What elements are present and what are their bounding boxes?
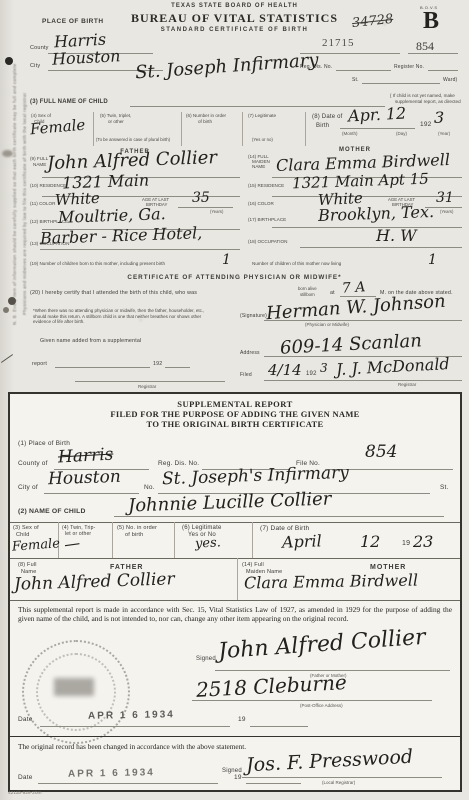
report-label: report: [32, 361, 47, 367]
twin-label: (5) Twin, triplet,: [100, 113, 131, 118]
parent-address: 2518 Cleburne: [195, 670, 347, 702]
report-year-printed: 192: [153, 361, 162, 367]
supp-sex-label: Child: [16, 532, 30, 538]
rule: [242, 777, 442, 778]
rule: [165, 367, 190, 368]
month-caption: (Month): [342, 131, 358, 136]
rule: [408, 53, 458, 54]
rule: [246, 783, 301, 784]
signature-label: (Signature): [240, 313, 267, 319]
twin-label: or other: [108, 119, 124, 124]
father-occupation-value: Barber - Rice Hotel,: [40, 223, 203, 248]
parent-signature: John Alfred Collier: [217, 625, 426, 664]
section-divider: [10, 736, 460, 737]
mother-birthplace-value: Brooklyn, Tex.: [318, 202, 435, 225]
hospital-value: St. Joseph Infirmary: [134, 50, 319, 84]
cell-divider: [93, 112, 94, 146]
dob-value: Apr. 12: [348, 103, 407, 125]
address-value: 609-14 Scanlan: [280, 330, 423, 358]
supp-title: SUPPLEMENTAL REPORT: [10, 399, 460, 409]
sex-label: (4) Sex of: [31, 113, 51, 118]
supp-dob-month: April: [282, 531, 322, 551]
registrar-signature: J. J. McDonald: [336, 354, 451, 379]
supp-dob-day: 12: [360, 532, 380, 551]
ink-speck: [5, 57, 13, 65]
supp-father-name-label: (8) Full: [18, 562, 37, 568]
at-label: at: [330, 290, 335, 296]
county-label: County: [30, 45, 49, 51]
dob-label: Birth: [316, 123, 329, 129]
supp-date-label: Date: [18, 716, 33, 723]
yes-no-note: (Yes or no): [252, 137, 273, 142]
cell-divider: [181, 112, 182, 146]
ink-speck: [8, 297, 16, 305]
dob-label: (8) Date of: [312, 114, 343, 120]
rule: [10, 522, 460, 523]
supp-city-label: City of: [18, 484, 38, 491]
cell-divider: [174, 522, 175, 558]
margin-vertical-text: N. B. Every item of information should b…: [12, 45, 17, 325]
footnote-text: *When there was no attending physician o…: [33, 308, 213, 325]
rule: [264, 380, 462, 381]
born-alive-option: born alive: [298, 286, 317, 291]
supp-father-value: John Alfred Collier: [14, 569, 175, 595]
rule: [44, 493, 139, 494]
supp-legitimate-label: (6) Legitimate: [182, 525, 221, 531]
supp-date2-label: Date: [18, 774, 33, 781]
filed-year-value: 3: [320, 361, 328, 375]
supp-signed-label: Signed: [196, 656, 216, 662]
rule: [300, 247, 462, 248]
supp-no-label: No.: [144, 484, 155, 491]
rule: [362, 83, 440, 84]
supp-dob-label: (7) Date of Birth: [260, 525, 309, 532]
cell-divider: [237, 558, 238, 600]
filed-date-value: 4/14: [268, 361, 302, 379]
mother-residence-label: (15) RESIDENCE: [248, 183, 284, 188]
register-number-value: 854: [416, 39, 434, 54]
father-name-value: John Alfred Collier: [47, 147, 218, 174]
father-birthplace-value: Moultrie, Ga.: [58, 204, 166, 227]
cell-divider: [252, 522, 253, 558]
supp-city-value: Houston: [48, 467, 121, 490]
legitimate-label: (7) Legitimate: [248, 113, 276, 118]
rule: [178, 207, 233, 208]
father-name-label: (9) FULL: [30, 156, 48, 161]
b-stamp-letter: B: [423, 8, 439, 35]
register-no-label: Register No.: [394, 64, 424, 70]
children-living-value: 1: [428, 252, 437, 268]
rule: [192, 700, 432, 701]
scanned-birth-certificate: N. B. Every item of information should b…: [0, 0, 469, 800]
form-number: 4211b-929-20m: [8, 791, 42, 796]
supp-st-label: St.: [440, 484, 449, 491]
ink-speck: [3, 307, 9, 313]
supp-place-label: (1) Place of Birth: [18, 440, 70, 447]
supp-dob-year-printed: 19: [402, 540, 410, 547]
supp-file-no-value: 854: [365, 442, 397, 462]
rule: [428, 70, 458, 71]
supp-sex-value: Female: [12, 536, 61, 554]
date-stamp-2: APR 1 6 1934: [68, 767, 155, 780]
rule: [38, 783, 218, 784]
supp-order-label: (5) No. in order: [117, 525, 157, 531]
stillborn-option: stillborn: [300, 292, 315, 297]
dob-year-printed: 192: [420, 121, 431, 128]
supp-mother-value: Clara Emma Birdwell: [244, 570, 418, 592]
supp-year2-printed: 19: [234, 774, 242, 781]
supp-child-label: (2) NAME OF CHILD: [18, 508, 86, 515]
city-value: Houston: [52, 46, 121, 69]
filed-label: Filed: [240, 372, 252, 378]
supp-reg-dis-label: Reg. Dis. No.: [158, 460, 199, 467]
file-number: 21715: [322, 37, 355, 49]
city-label: City: [30, 63, 40, 69]
order-label: of birth: [198, 119, 212, 124]
father-color-label: (11) COLOR: [30, 201, 55, 206]
smudge: [2, 150, 13, 157]
supp-county-label: County of: [18, 460, 48, 467]
left-registrar-caption: Registrar: [138, 384, 156, 389]
children-living-label: Number of children of this mother now li…: [252, 261, 341, 266]
physician-caption: (Physician or Midwife): [305, 322, 349, 327]
certify-text: (20) I hereby certify that I attended th…: [30, 290, 197, 296]
supp-dob-year: 23: [413, 532, 433, 551]
address-caption: (Post-Office Address): [300, 703, 343, 708]
cell-divider: [305, 112, 306, 146]
rule: [40, 726, 230, 727]
supplemental-report-box: SUPPLEMENTAL REPORT FILED FOR THE PURPOS…: [8, 392, 462, 792]
not-named-note: { If child is not yet named, make: [390, 93, 455, 98]
rule: [40, 249, 240, 250]
registrar-caption: Registrar: [398, 382, 416, 387]
seal-smudge: [54, 678, 94, 696]
dob-year-value: 3: [434, 108, 444, 127]
supp-order-label: of birth: [125, 532, 143, 538]
local-registrar-signature: Jos. F. Presswood: [246, 746, 414, 777]
rule: [272, 196, 462, 197]
rule: [340, 128, 415, 129]
years-caption: (Years): [440, 209, 453, 214]
cell-divider: [112, 522, 113, 558]
date-stamp: APR 1 6 1934: [88, 709, 175, 722]
local-registrar-caption: (Local Registrar): [322, 780, 355, 785]
changed-statement: The original record has been changed in …: [18, 742, 246, 751]
ward-label: Ward): [443, 77, 457, 83]
mother-color-label: (16) COLOR: [248, 201, 274, 206]
bureau-header: BUREAU OF VITAL STATISTICS: [0, 11, 469, 26]
supp-mother-name-label: (14) Full: [242, 562, 264, 568]
children-born-label: (19) Number of children born to this mot…: [30, 261, 165, 266]
mother-occupation-label: (18) OCCUPATION: [248, 239, 287, 244]
mother-birthplace-label: (17) BIRTHPLACE: [248, 217, 286, 222]
supp-twin-value: —: [63, 533, 81, 554]
mother-age-value: 31: [436, 190, 454, 206]
rule: [250, 726, 308, 727]
rule: [114, 516, 444, 517]
full-name-of-child-label: (3) FULL NAME OF CHILD: [30, 99, 108, 105]
mother-occupation-value: H. W: [376, 226, 417, 245]
supp-year-printed: 19: [238, 716, 246, 723]
order-label: (6) Number in order: [186, 113, 226, 118]
supp-county-value: Harris: [58, 445, 114, 468]
rule: [272, 227, 462, 228]
supp-title: FILED FOR THE PURPOSE OF ADDING THE GIVE…: [10, 409, 460, 419]
mother-name-label: NAME: [252, 164, 265, 169]
physician-certificate-header: CERTIFICATE OF ATTENDING PHYSICIAN OR MI…: [0, 274, 469, 281]
father-age-value: 35: [192, 190, 210, 206]
birth-time-value: 7 A: [341, 279, 366, 297]
years-caption: (Years): [210, 209, 223, 214]
pen-mark: [1, 354, 13, 363]
st-label: St.: [352, 77, 359, 83]
supp-legitimate-value: yes.: [195, 535, 222, 551]
cell-divider: [242, 112, 243, 146]
rule: [55, 367, 150, 368]
filed-year-printed: 192: [306, 371, 317, 377]
father-residence-label: (10) RESIDENCE: [30, 183, 66, 188]
rule: [10, 600, 460, 601]
supp-statement: This supplemental report is made in acco…: [18, 605, 452, 623]
children-born-value: 1: [222, 252, 231, 268]
board-header: TEXAS STATE BOARD OF HEALTH: [0, 3, 469, 9]
year-caption: (Year): [438, 131, 450, 136]
day-caption: (Day): [396, 131, 407, 136]
rule: [336, 70, 391, 71]
sex-value: Female: [29, 116, 86, 139]
rule: [264, 320, 462, 321]
rule: [75, 381, 225, 382]
father-name-label: NAME: [33, 162, 46, 167]
supp-title: TO THE ORIGINAL BIRTH CERTIFICATE: [10, 419, 460, 429]
rule: [10, 558, 460, 559]
given-name-note: Given name added from a supplemental: [40, 338, 141, 344]
address-label: Address: [240, 350, 260, 356]
plural-births-note: (To be answered in case of plural birth): [96, 137, 170, 142]
supp-sex-label: (3) Sex of: [13, 525, 39, 531]
